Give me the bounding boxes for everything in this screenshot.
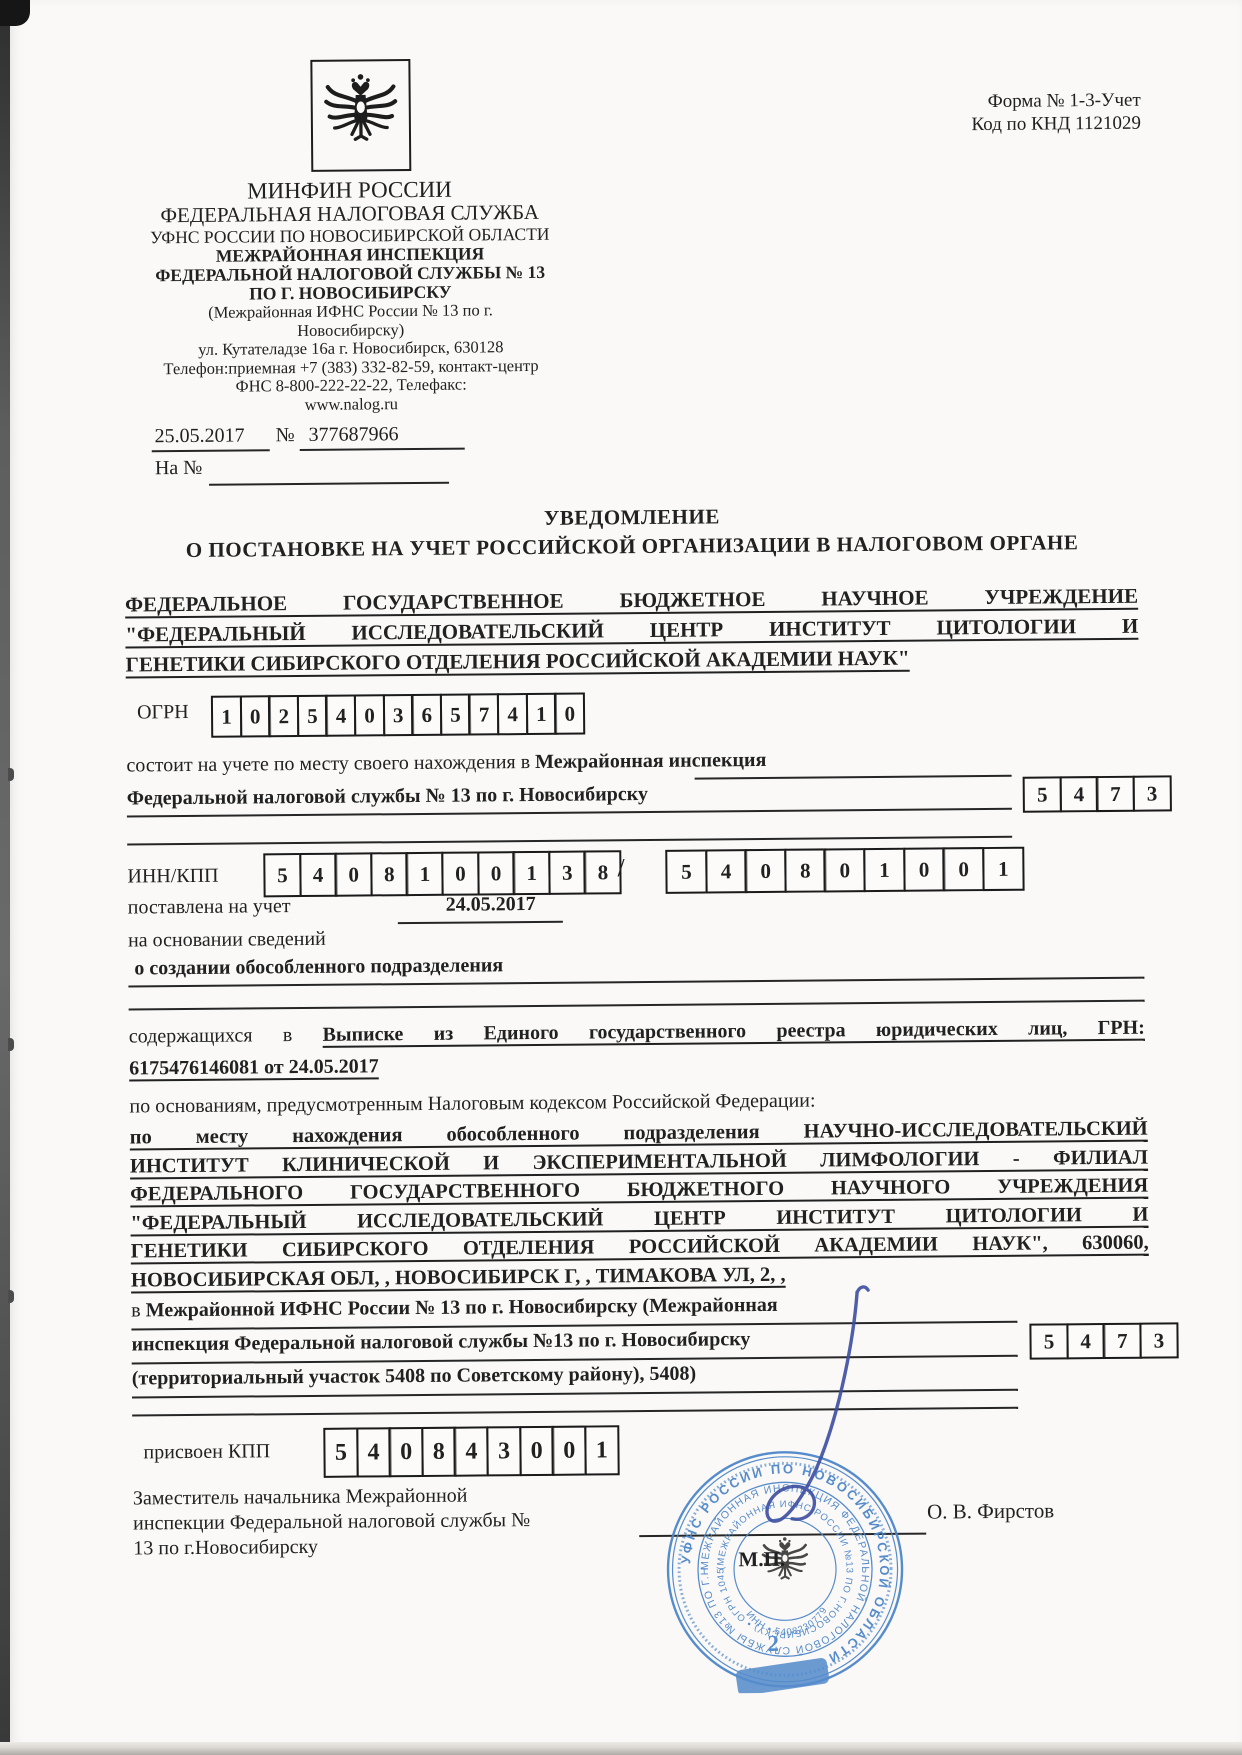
assigned-kpp-digit: 3 (486, 1426, 521, 1476)
set-up-label: поставлена на учет (128, 895, 291, 919)
inn-kpp-label: ИНН/КПП (127, 865, 218, 889)
organization-name: ФЕДЕРАЛЬНОЕ ГОСУДАРСТВЕННОЕ БЮДЖЕТНОЕ НА… (125, 581, 1139, 680)
ogrn-digit: 0 (354, 694, 385, 736)
inn-digit: 0 (334, 852, 372, 896)
tax-office-code-boxes: 5 4 7 3 (1029, 1322, 1178, 1359)
scan-edge-mark (8, 1038, 14, 1051)
number-sign: № (276, 424, 295, 447)
registered-at-prefix: состоит на учете по месту своего нахожде… (126, 751, 530, 777)
inn-digit: 8 (370, 852, 408, 896)
kpp-digit: 0 (903, 847, 945, 891)
stamp-bottom-tab (735, 1657, 830, 1694)
ogrn-digit: 6 (411, 694, 442, 736)
inn-kpp-slash: / (617, 853, 624, 883)
basis-label: на основании сведений (128, 928, 326, 953)
separator-line (127, 836, 1012, 846)
form-reference: Форма № 1-3-Учет Код по КНД 1121029 (896, 89, 1141, 137)
stamp-place-label: М.П. (738, 1547, 785, 1572)
ogrn-digit: 5 (440, 694, 471, 736)
date-underline (152, 449, 270, 452)
code-digit: 5 (1023, 776, 1062, 812)
number-underline (300, 448, 465, 451)
kpp-digit-boxes: 5 4 0 8 0 1 0 0 1 (665, 847, 1024, 894)
tax-office-line2: инспекция Федеральной налоговой службы №… (131, 1328, 750, 1356)
inn-digit: 1 (513, 851, 551, 895)
ogrn-digit: 5 (297, 695, 328, 737)
inn-digit-boxes: 5 4 0 8 1 0 0 1 3 8 (263, 850, 622, 897)
inn-digit: 4 (299, 853, 337, 897)
contained-prefix: содержащихся в (129, 1024, 293, 1047)
ogrn-digit: 7 (468, 693, 499, 735)
assigned-kpp-digit: 0 (519, 1426, 554, 1476)
set-up-date: 24.05.2017 (446, 893, 536, 917)
set-up-date-underline (398, 921, 563, 924)
grounds-line: по основаниям, предусмотренным Налоговым… (129, 1090, 815, 1119)
assigned-kpp-digit: 0 (552, 1426, 587, 1476)
kpp-digit: 1 (982, 847, 1024, 891)
ogrn-digit: 4 (325, 695, 356, 737)
assigned-kpp-digit: 8 (421, 1427, 456, 1477)
inn-digit: 0 (441, 851, 479, 895)
ogrn-digit: 0 (554, 693, 585, 735)
inn-digit: 1 (406, 852, 444, 896)
registered-authority-bold: Межрайонная инспекция (535, 749, 766, 773)
russia-coat-of-arms-icon (319, 69, 402, 162)
contained-document-line1: Выписке из Единого государственного реес… (322, 1017, 1144, 1046)
registered-authority-line2: Федеральной налоговой службы № 13 по г. … (127, 783, 648, 811)
document-number: 377687966 (309, 423, 399, 447)
signatory-position-line: Заместитель начальника Межрайонной (133, 1485, 468, 1511)
basis-value: о создании обособленного подразделения (134, 954, 503, 980)
scanned-document-page: МИНФИН РОССИИ ФЕДЕРАЛЬНАЯ НАЛОГОВАЯ СЛУЖ… (0, 0, 1242, 1755)
document-title-line2: О ПОСТАНОВКЕ НА УЧЕТ РОССИЙСКОЙ ОРГАНИЗА… (125, 530, 1140, 564)
code-digit: 3 (1139, 1322, 1178, 1358)
assigned-kpp-digit: 4 (454, 1426, 489, 1476)
code-digit: 4 (1066, 1323, 1105, 1359)
ogrn-digit: 0 (239, 695, 270, 737)
contained-document-line2: 6175476146081 от 24.05.2017 (129, 1055, 379, 1080)
ogrn-digit-boxes: 1 0 2 5 4 0 3 6 5 7 4 1 0 (211, 693, 586, 738)
code-digit: 7 (1096, 776, 1135, 812)
tax-office-prefix: в (131, 1299, 141, 1321)
kpp-digit: 0 (943, 847, 985, 891)
reply-to-label: На № (155, 457, 203, 480)
scan-edge-mark (8, 1290, 14, 1303)
inn-digit: 3 (548, 851, 586, 895)
contained-in-line1: содержащихся в Выписке из Единого госуда… (129, 1017, 1145, 1049)
ogrn-digit: 2 (268, 695, 299, 737)
tax-office-line3: (территориальный участок 5408 по Советск… (132, 1363, 696, 1391)
scan-edge-mark (8, 768, 14, 781)
kpp-digit: 0 (744, 849, 786, 893)
assigned-kpp-digit: 4 (356, 1427, 391, 1477)
ogrn-digit: 1 (211, 696, 242, 738)
document-title-line1: УВЕДОМЛЕНИЕ (124, 501, 1139, 535)
ogrn-digit: 4 (497, 693, 528, 735)
assigned-kpp-digit: 0 (388, 1427, 423, 1477)
assigned-kpp-label: присвоен КПП (143, 1440, 270, 1464)
inn-digit: 0 (477, 851, 515, 895)
letterhead: МИНФИН РОССИИ ФЕДЕРАЛЬНАЯ НАЛОГОВАЯ СЛУЖ… (114, 176, 586, 416)
letterhead-website: www.nalog.ru (116, 393, 586, 416)
signatory-position-line: 13 по г.Новосибирску (133, 1536, 318, 1561)
scan-corner-artifact (0, 0, 30, 26)
code-digit: 3 (1132, 775, 1171, 811)
code-digit: 4 (1059, 776, 1098, 812)
stamp-number: 2 (767, 1631, 779, 1656)
signatory-name: О. В. Фирстов (927, 1498, 1054, 1524)
ogrn-digit: 3 (383, 694, 414, 736)
document-date: 25.05.2017 (155, 424, 245, 448)
assigned-kpp-digit-boxes: 5 4 0 8 4 3 0 0 1 (323, 1425, 619, 1478)
scan-bottom-edge (0, 1742, 1242, 1755)
kpp-digit: 1 (863, 848, 905, 892)
handwritten-signature (699, 1280, 901, 1562)
letterhead-emblem-box (310, 59, 411, 172)
inn-digit: 5 (263, 853, 301, 897)
knd-code: Код по КНД 1121029 (896, 112, 1141, 137)
code-digit: 7 (1103, 1323, 1142, 1359)
kpp-digit: 4 (705, 849, 747, 893)
form-number: Форма № 1-3-Учет (896, 89, 1141, 114)
document-content: МИНФИН РОССИИ ФЕДЕРАЛЬНАЯ НАЛОГОВАЯ СЛУЖ… (0, 0, 1242, 1755)
kpp-digit: 0 (824, 848, 866, 892)
kpp-digit: 5 (665, 849, 707, 893)
authority-underline-1 (695, 775, 1012, 780)
tax-office-line1-bold: Межрайонной ИФНС России № 13 по г. Новос… (146, 1294, 778, 1322)
kpp-digit: 8 (784, 848, 826, 892)
scan-edge-strip (0, 0, 10, 1755)
tax-authority-code-boxes: 5 4 7 3 (1023, 775, 1172, 812)
separator-line (129, 1000, 1145, 1011)
subdivision-location-paragraph: по месту нахождения обособленного подраз… (130, 1115, 1149, 1295)
reply-to-underline (209, 482, 449, 486)
ogrn-label: ОГРН (137, 701, 189, 724)
assigned-kpp-digit: 5 (323, 1428, 358, 1478)
code-digit: 5 (1029, 1323, 1068, 1359)
tax-office-line1: в Межрайонной ИФНС России № 13 по г. Нов… (131, 1294, 778, 1323)
ogrn-digit: 1 (526, 693, 557, 735)
signatory-position-line: инспекции Федеральной налоговой службы № (133, 1509, 530, 1535)
registered-at-line: состоит на учете по месту своего нахожде… (126, 749, 766, 778)
assigned-kpp-digit: 1 (584, 1425, 619, 1475)
